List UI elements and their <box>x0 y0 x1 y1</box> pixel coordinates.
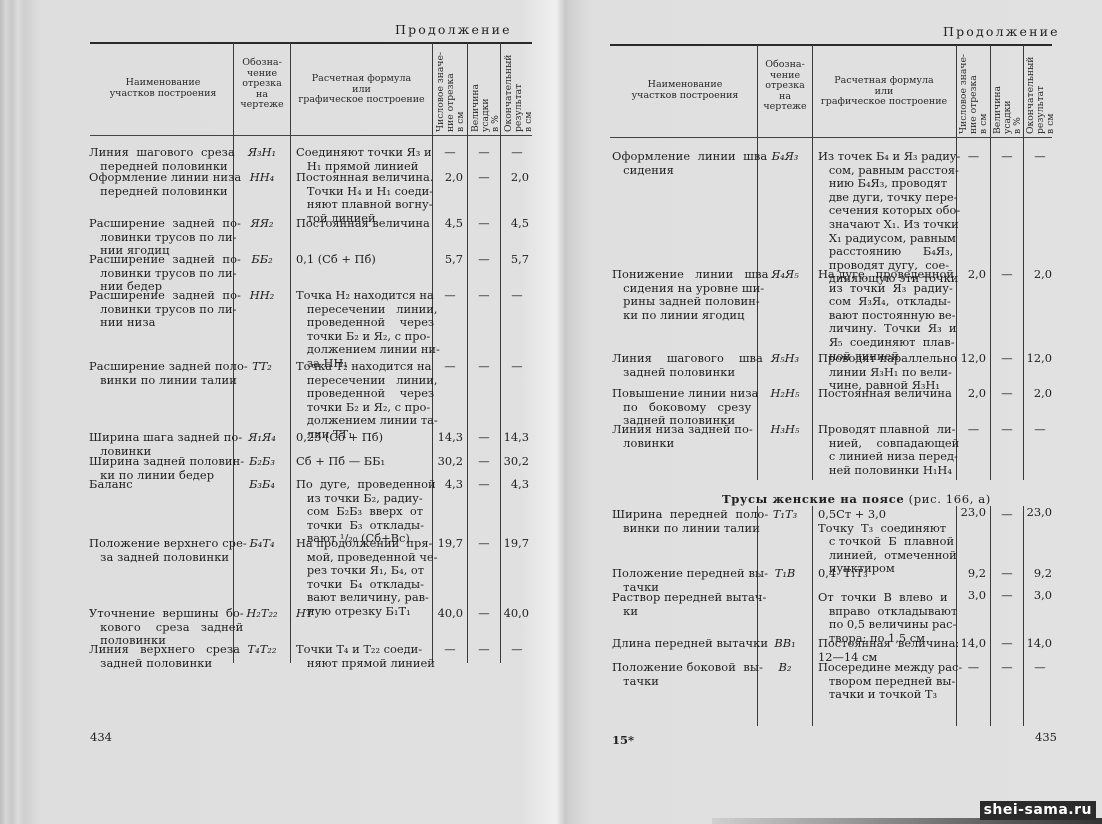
row-formula: Постоянная величина <box>296 217 430 231</box>
column-header-formula: Расчетная формула или графическое постро… <box>291 74 432 106</box>
row-value: — <box>433 289 467 303</box>
row-formula: Проводят плавной ли- нией, совпадающей с… <box>818 423 959 477</box>
row-name: Линия верхнего среза задней половинки <box>89 643 240 670</box>
column-header-code: Обозна- чение отрезка на чертеже <box>234 58 290 111</box>
row-value: 2,0 <box>433 171 463 185</box>
row-value: 12,0 <box>957 352 986 366</box>
row-formula: 0,4 Т₁Т₃ <box>818 567 868 581</box>
row-shrink: — <box>991 508 1023 522</box>
row-shrink: — <box>468 643 500 657</box>
row-formula: НТ <box>296 607 314 621</box>
row-formula: 0,1 (Сб + Пб) <box>296 253 376 267</box>
column-divider <box>1023 506 1024 726</box>
column-header-shrink: Величина усадки в % <box>993 48 1023 134</box>
row-name: Расширение задней поло- винки по линии т… <box>89 360 248 387</box>
continuation-label: Продолжение <box>395 22 512 37</box>
row-result: — <box>1024 661 1056 675</box>
row-result: 4,3 <box>501 478 529 492</box>
row-name: Оформление линии шва сидения <box>612 150 767 177</box>
row-name: Длина передней вытачки <box>612 637 768 651</box>
row-name: Линия низа задней по- ловинки <box>612 423 753 450</box>
row-value: 19,7 <box>433 537 463 551</box>
row-code: ББ₂ <box>234 253 290 267</box>
row-code: Н₂Т₂₂ <box>234 607 290 621</box>
row-value: 9,2 <box>957 567 986 581</box>
row-result: — <box>501 360 533 374</box>
row-result: 14,3 <box>501 431 529 445</box>
row-code: ЯЯ₂ <box>234 217 290 231</box>
row-formula: Из точек Б₄ и Я₃ радиу- сом, равным расс… <box>818 150 960 286</box>
row-name: Ширина передней поло- винки по линии тал… <box>612 508 768 535</box>
left-page: Продолжение Наименование участков постро… <box>0 0 560 824</box>
row-shrink: — <box>468 360 500 374</box>
row-name: Понижение линии шва сидения на уровне ши… <box>612 268 769 322</box>
row-shrink: — <box>468 478 500 492</box>
row-code: Т₄Т₂₂ <box>234 643 290 657</box>
row-formula: Посередине между рас- твором передней вы… <box>818 661 962 702</box>
column-divider <box>812 506 813 726</box>
row-shrink: — <box>991 637 1023 651</box>
column-header-code: Обозна- чение отрезка на чертеже <box>758 60 812 113</box>
row-code: Н₃Н₅ <box>758 423 812 437</box>
row-value: 23,0 <box>957 506 986 520</box>
row-code: Б₂Б₃ <box>234 455 290 469</box>
row-result: 14,0 <box>1024 637 1052 651</box>
row-name: Оформление линии низа передней половинки <box>89 171 241 198</box>
row-code: Б₄Я₃ <box>758 150 812 164</box>
row-code: Я₃Н₁ <box>234 146 290 160</box>
row-code: Т₁Т₃ <box>758 508 812 522</box>
column-divider <box>500 43 501 663</box>
row-shrink: — <box>468 537 500 551</box>
row-value: — <box>957 661 990 675</box>
row-code: ВВ₁ <box>758 637 812 651</box>
column-divider <box>1023 45 1024 480</box>
column-header-name: Наименование участков построения <box>95 78 231 99</box>
column-divider <box>990 506 991 726</box>
table-top-rule <box>610 44 1052 46</box>
right-page: Продолжение Наименование участков постро… <box>566 0 1102 824</box>
row-result: 3,0 <box>1024 589 1052 603</box>
row-code: НН₄ <box>234 171 290 185</box>
row-shrink: — <box>991 268 1023 282</box>
continuation-label: Продолжение <box>943 24 1060 39</box>
row-code: Я₁Я₄ <box>234 431 290 445</box>
book-spread: Продолжение Наименование участков постро… <box>0 0 1102 824</box>
row-shrink: — <box>468 607 500 621</box>
row-value: 14,0 <box>957 637 986 651</box>
row-shrink: — <box>468 171 500 185</box>
column-header-value: Числовое значе- ние отрезка в см <box>436 46 466 132</box>
row-result: — <box>1024 423 1056 437</box>
column-divider <box>812 45 813 480</box>
row-name: Баланс <box>89 478 133 492</box>
row-value: 4,5 <box>433 217 463 231</box>
row-result: 23,0 <box>1024 506 1052 520</box>
section-title: Трусы женские на поясе (рис. 166, а) <box>722 492 991 506</box>
row-shrink: — <box>991 150 1023 164</box>
row-result: — <box>1024 150 1056 164</box>
row-shrink: — <box>991 423 1023 437</box>
row-code: В₂ <box>758 661 812 675</box>
row-code: Я₅Н₃ <box>758 352 812 366</box>
row-result: 2,0 <box>1024 387 1052 401</box>
table-top-rule <box>90 42 532 44</box>
row-result: — <box>501 146 533 160</box>
column-header-name: Наименование участков построения <box>614 80 756 101</box>
watermark: shei-sama.ru <box>980 801 1096 820</box>
row-value: 2,0 <box>957 268 986 282</box>
header-bottom-rule <box>610 137 1052 138</box>
row-shrink: — <box>468 217 500 231</box>
column-header-result: Окончательный результат в см <box>1026 48 1056 134</box>
row-code: Я₄Я₅ <box>758 268 812 282</box>
row-name: Раствор передней вытач- ки <box>612 591 767 618</box>
row-result: 2,0 <box>1024 268 1052 282</box>
row-value: — <box>433 643 467 657</box>
row-formula: Сб + Пб — ББ₁ <box>296 455 385 469</box>
row-result: — <box>501 643 533 657</box>
row-shrink: — <box>468 455 500 469</box>
row-name: Расширение задней по- ловинки трусов по … <box>89 289 241 330</box>
column-divider <box>233 43 234 663</box>
row-shrink: — <box>991 567 1023 581</box>
column-header-value: Числовое значе- ние отрезка в см <box>959 48 989 134</box>
row-shrink: — <box>468 146 500 160</box>
page-number: 435 <box>1035 730 1057 744</box>
row-result: 2,0 <box>501 171 529 185</box>
row-shrink: — <box>991 352 1023 366</box>
row-result: 30,2 <box>501 455 529 469</box>
row-value: 3,0 <box>957 589 986 603</box>
row-name: Линия шагового шва задней половинки <box>612 352 763 379</box>
row-value: — <box>957 150 990 164</box>
row-value: 40,0 <box>433 607 463 621</box>
row-shrink: — <box>468 253 500 267</box>
row-result: — <box>501 289 533 303</box>
row-result: 19,7 <box>501 537 529 551</box>
row-value: — <box>433 360 467 374</box>
column-header-result: Окончательный результат в см <box>504 46 534 132</box>
column-header-formula: Расчетная формула или графическое постро… <box>813 76 955 108</box>
row-shrink: — <box>468 289 500 303</box>
row-formula: На дуге, проведенной из точки Я₃ радиу- … <box>818 268 957 363</box>
row-formula: Постоянная величина <box>818 387 952 401</box>
row-code: Б₄Т₄ <box>234 537 290 551</box>
row-value: — <box>957 423 990 437</box>
section-title-text: Трусы женские на поясе <box>722 492 904 506</box>
row-value: 30,2 <box>433 455 463 469</box>
row-formula: На продолжении пря- мой, проведенной че-… <box>296 537 437 619</box>
row-value: — <box>433 146 467 160</box>
row-shrink: — <box>991 661 1023 675</box>
row-result: 4,5 <box>501 217 529 231</box>
row-value: 2,0 <box>957 387 986 401</box>
row-shrink: — <box>991 387 1023 401</box>
row-code: НН₂ <box>234 289 290 303</box>
column-divider <box>990 45 991 480</box>
row-result: 40,0 <box>501 607 529 621</box>
row-name: Положение верхнего сре- за задней полови… <box>89 537 247 564</box>
column-header-shrink: Величина усадки в % <box>471 46 501 132</box>
column-divider <box>290 43 291 663</box>
row-value: 14,3 <box>433 431 463 445</box>
header-bottom-rule <box>90 135 532 136</box>
row-result: 12,0 <box>1024 352 1052 366</box>
row-shrink: — <box>468 431 500 445</box>
row-value: 4,3 <box>433 478 463 492</box>
row-name: Положение боковой вы- тачки <box>612 661 763 688</box>
figure-reference: (рис. 166, а) <box>904 492 991 506</box>
column-divider <box>467 43 468 663</box>
row-code: Б₃Б₄ <box>234 478 290 492</box>
row-value: 5,7 <box>433 253 463 267</box>
row-code: ТТ₂ <box>234 360 290 374</box>
row-formula: Точки Т₄ и Т₂₂ соеди- няют прямой линией <box>296 643 435 670</box>
row-formula: 0,25 (Сб + Пб) <box>296 431 383 445</box>
row-result: 5,7 <box>501 253 529 267</box>
row-code: Т₁В <box>758 567 812 581</box>
row-code: Н₂Н₅ <box>758 387 812 401</box>
row-shrink: — <box>991 589 1023 603</box>
page-number: 434 <box>90 730 112 744</box>
row-result: 9,2 <box>1024 567 1052 581</box>
signature-mark: 15* <box>612 733 634 747</box>
